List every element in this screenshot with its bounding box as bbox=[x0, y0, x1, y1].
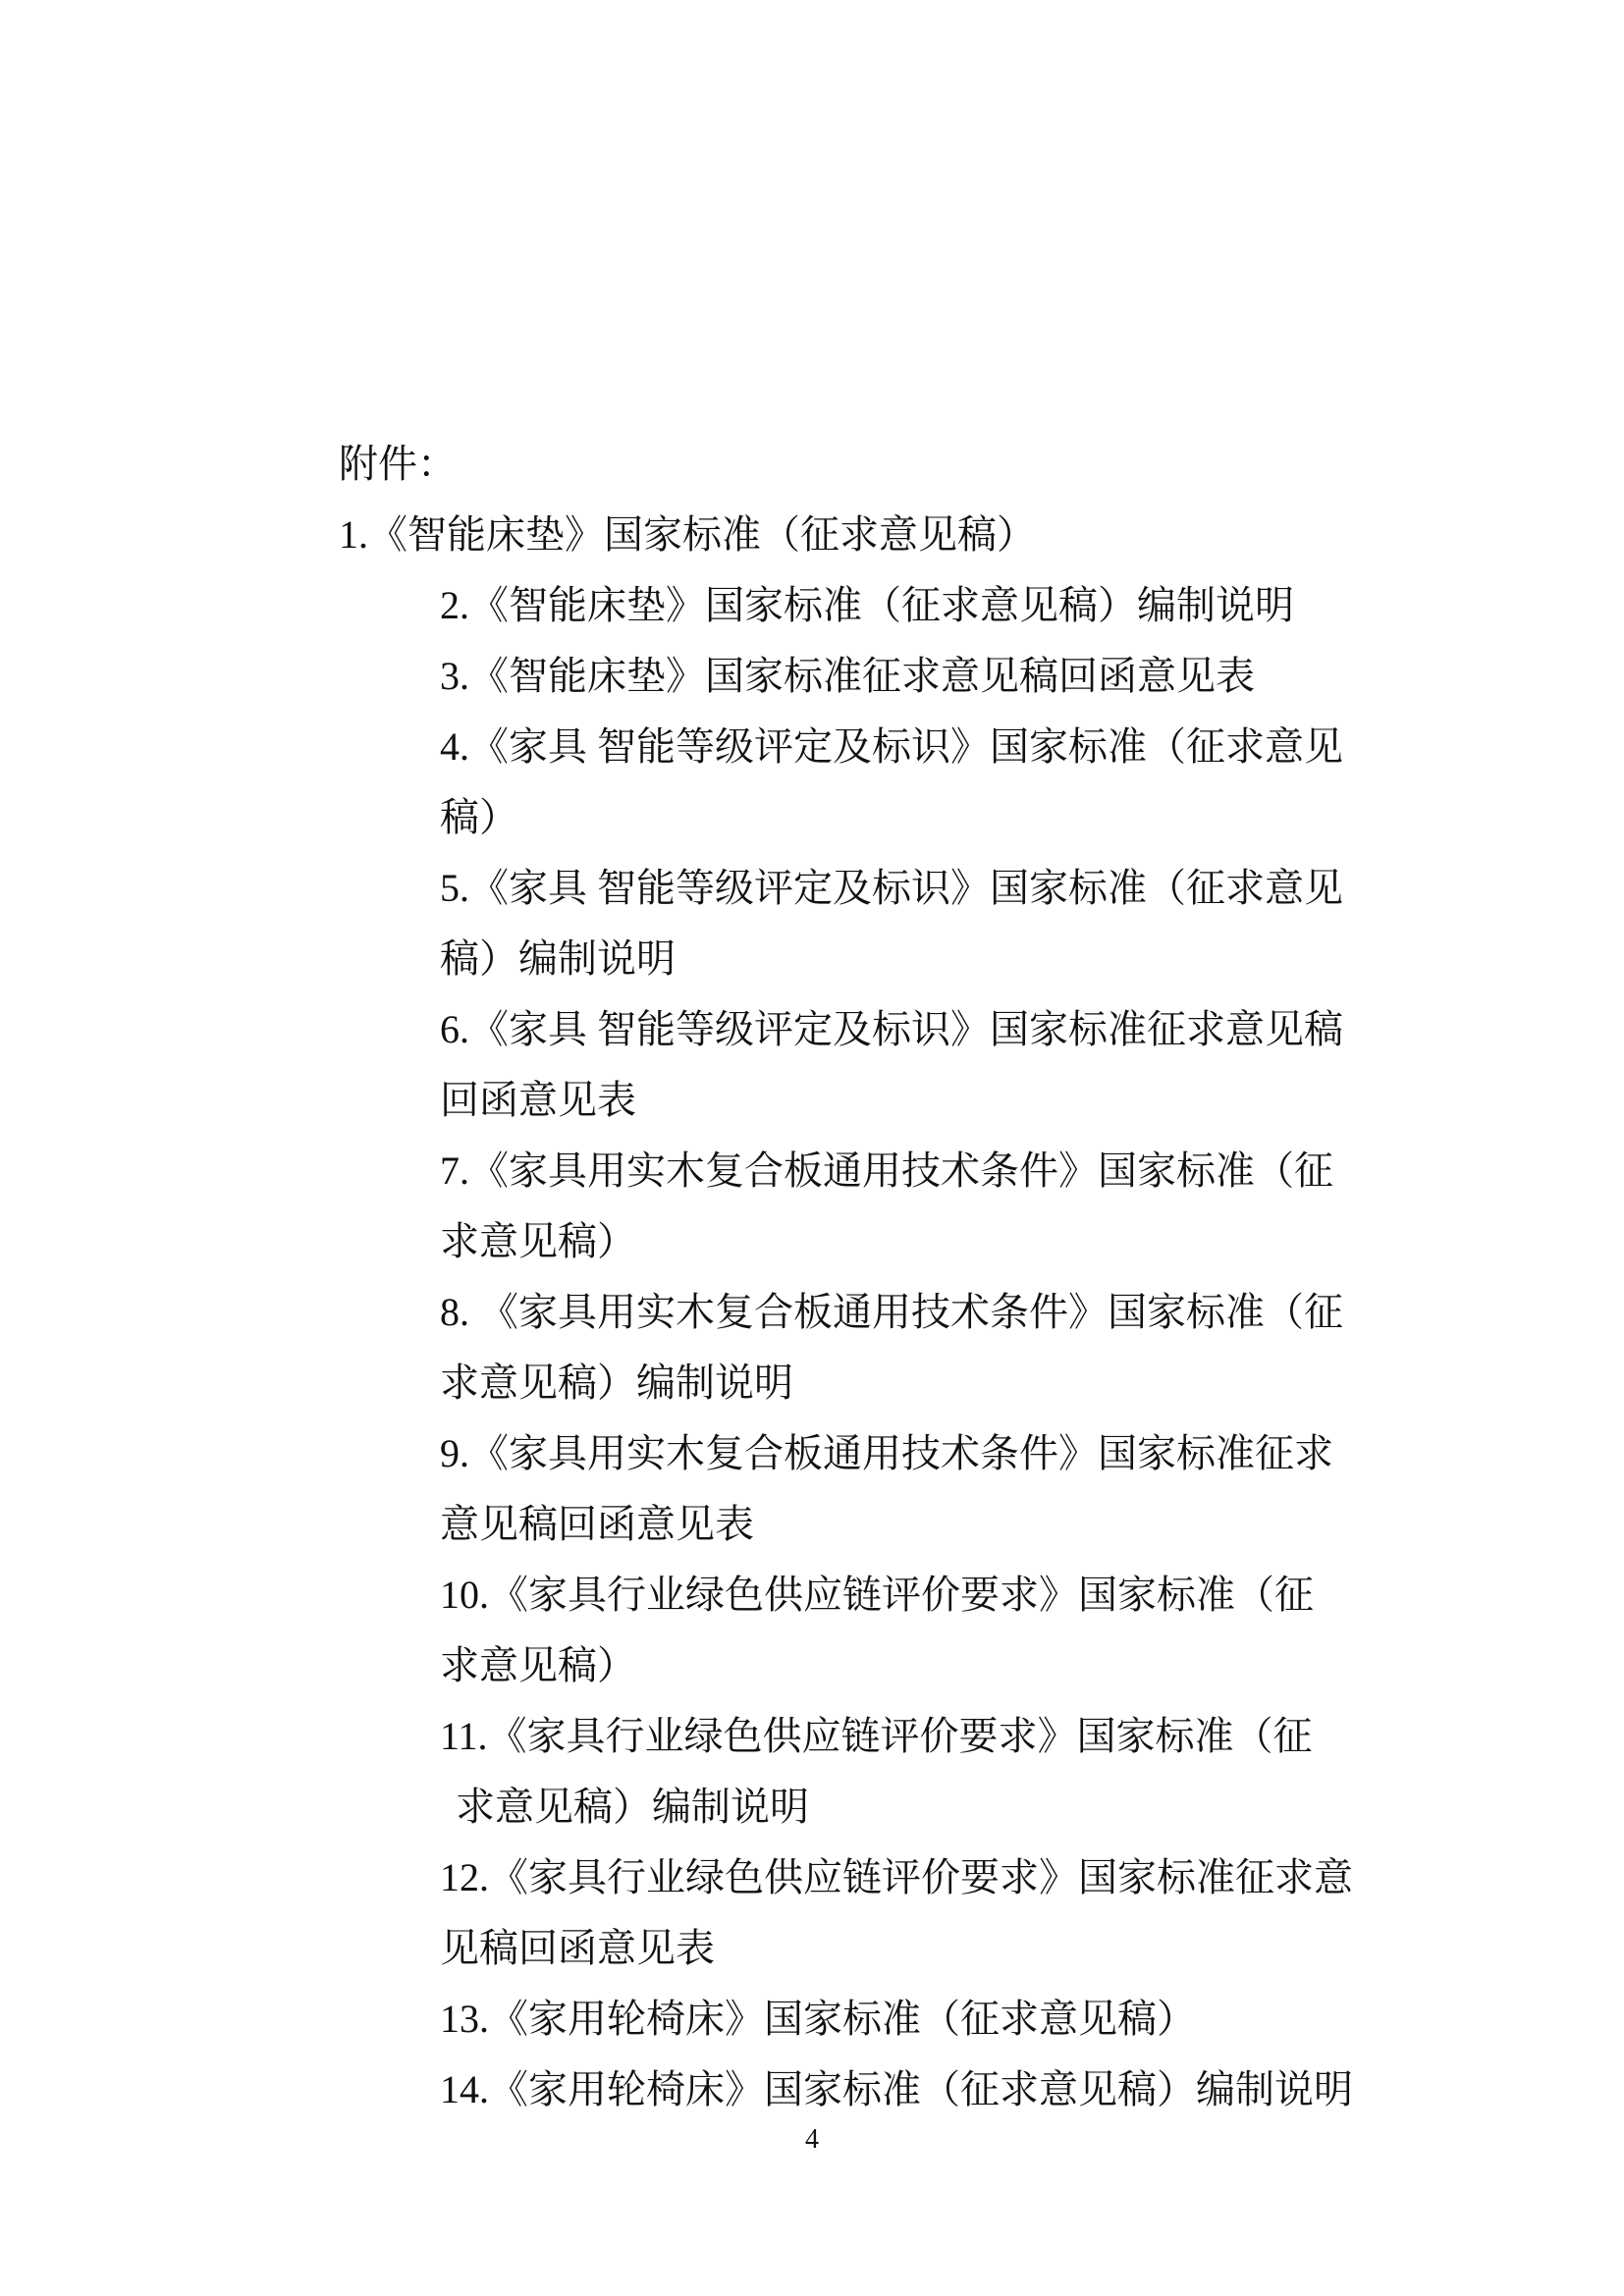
page-number: 4 bbox=[0, 2124, 1624, 2156]
attachment-line-text: 求意见稿）编制说明 bbox=[456, 1785, 809, 1829]
attachment-line-text: 求意见稿） bbox=[440, 1643, 636, 1687]
attachment-line-text: 2.《智能床垫》国家标准（征求意见稿）编制说明 bbox=[440, 583, 1294, 627]
attachment-line: 求意见稿） bbox=[0, 1065, 1624, 1136]
attachment-line-text: 5.《家具 智能等级评定及标识》国家标准（征求意见 bbox=[440, 866, 1343, 910]
attachment-line-text: 1.《智能床垫》国家标准（征求意见稿） bbox=[339, 512, 1036, 557]
attachment-line-text: 求意见稿）编制说明 bbox=[440, 1361, 793, 1405]
attachment-line-text: 12.《家具行业绿色供应链评价要求》国家标准征求意 bbox=[440, 1855, 1353, 1899]
attachment-line-text: 意见稿回函意见表 bbox=[440, 1502, 754, 1546]
attachment-line-text: 14.《家用轮椅床》国家标准（征求意见稿）编制说明 bbox=[440, 2067, 1353, 2111]
attachment-line: 附件： 1.《智能床垫》国家标准（征求意见稿） bbox=[0, 358, 1624, 429]
attachment-list: 附件： 1.《智能床垫》国家标准（征求意见稿） 2.《智能床垫》国家标准（征求意… bbox=[0, 358, 1624, 1984]
attachment-line: 意见稿回函意见表 bbox=[0, 1348, 1624, 1418]
attachment-label: 附件： bbox=[339, 429, 440, 500]
document-page: 附件： 1.《智能床垫》国家标准（征求意见稿） 2.《智能床垫》国家标准（征求意… bbox=[0, 0, 1624, 2296]
attachment-line: 14.《家用轮椅床》国家标准（征求意见稿）编制说明 bbox=[0, 1913, 1624, 1984]
attachment-line-text: 6.《家具 智能等级评定及标识》国家标准征求意见稿 bbox=[440, 1007, 1343, 1051]
attachment-line: 求意见稿）编制说明 bbox=[0, 1206, 1624, 1277]
attachment-line-text: 10.《家具行业绿色供应链评价要求》国家标准（征 bbox=[440, 1573, 1314, 1617]
attachment-line: 稿）编制说明 bbox=[0, 782, 1624, 853]
attachment-line-text: 8. 《家具用实木复合板通用技术条件》国家标准（征 bbox=[440, 1290, 1343, 1334]
attachment-line: 求意见稿） bbox=[0, 1489, 1624, 1560]
attachment-line: 回函意见表 bbox=[0, 924, 1624, 994]
attachment-line-text: 稿） bbox=[440, 795, 518, 839]
attachment-line-text: 3.《智能床垫》国家标准征求意见稿回函意见表 bbox=[440, 654, 1255, 698]
attachment-line-text: 7.《家具用实木复合板通用技术条件》国家标准（征 bbox=[440, 1148, 1333, 1193]
attachment-line: 求意见稿）编制说明 bbox=[0, 1630, 1624, 1701]
attachment-line-text: 4.《家具 智能等级评定及标识》国家标准（征求意见 bbox=[440, 724, 1343, 769]
attachment-line-text: 见稿回函意见表 bbox=[440, 1926, 715, 1970]
attachment-line-text: 求意见稿） bbox=[440, 1219, 636, 1263]
attachment-line-text: 9.《家具用实木复合板通用技术条件》国家标准征求 bbox=[440, 1431, 1333, 1475]
attachment-line-text: 回函意见表 bbox=[440, 1078, 636, 1122]
attachment-line: 2.《智能床垫》国家标准（征求意见稿）编制说明 bbox=[0, 429, 1624, 500]
attachment-line-text: 稿）编制说明 bbox=[440, 936, 676, 981]
attachment-line-text: 11.《家具行业绿色供应链评价要求》国家标准（征 bbox=[440, 1714, 1313, 1758]
attachment-line-text: 13.《家用轮椅床》国家标准（征求意见稿） bbox=[440, 1997, 1196, 2041]
attachment-line: 见稿回函意见表 bbox=[0, 1772, 1624, 1842]
